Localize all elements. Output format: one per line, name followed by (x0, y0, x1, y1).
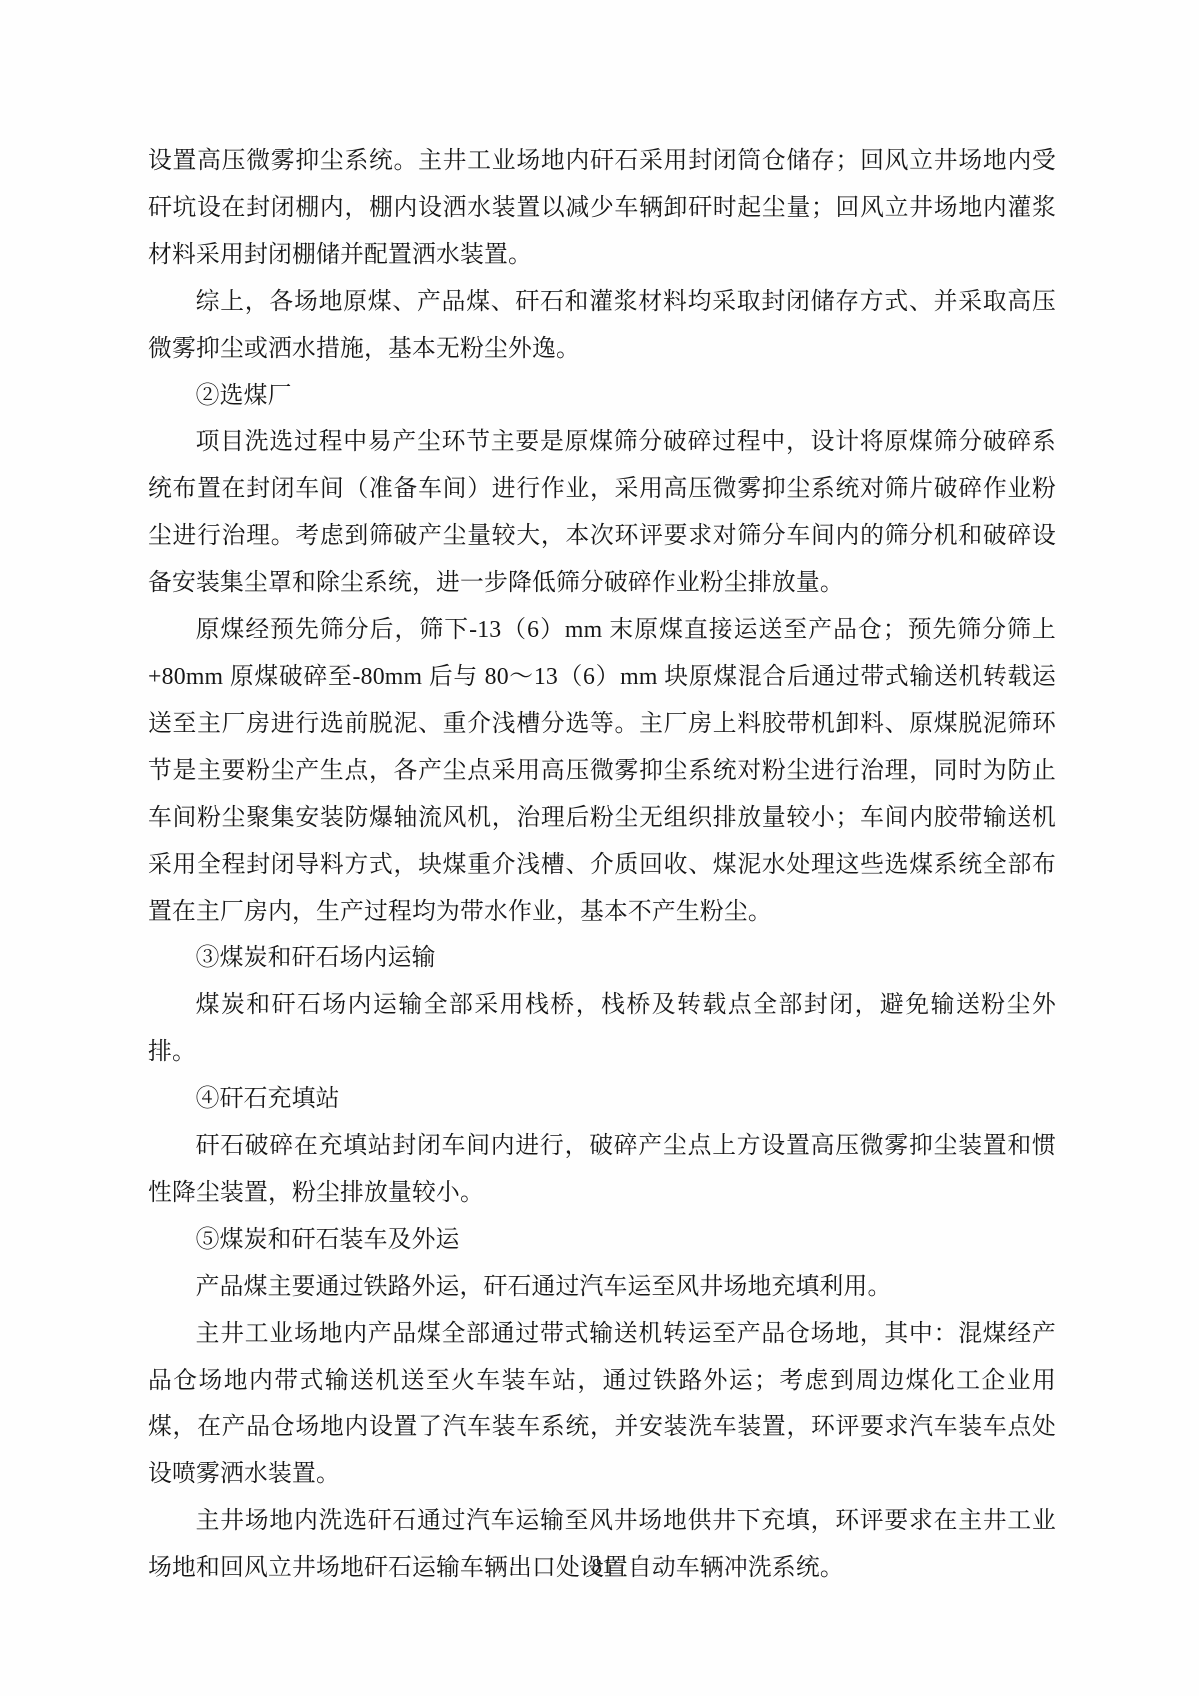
paragraph-8: ④矸石充填站 (148, 1076, 1056, 1123)
paragraph-10: ⑤煤炭和矸石装车及外运 (148, 1217, 1056, 1264)
paragraph-9: 矸石破碎在充填站封闭车间内进行，破碎产尘点上方设置高压微雾抑尘装置和惯性降尘装置… (148, 1123, 1056, 1217)
paragraph-1: 设置高压微雾抑尘系统。主井工业场地内矸石采用封闭筒仓储存；回风立井场地内受矸坑设… (148, 138, 1056, 279)
text-body: 设置高压微雾抑尘系统。主井工业场地内矸石采用封闭筒仓储存；回风立井场地内受矸坑设… (148, 138, 1056, 1592)
paragraph-5: 原煤经预先筛分后，筛下-13（6）mm 末原煤直接运送至产品仓；预先筛分筛上+8… (148, 607, 1056, 935)
paragraph-7: 煤炭和矸石场内运输全部采用栈桥，栈桥及转载点全部封闭，避免输送粉尘外排。 (148, 982, 1056, 1076)
paragraph-3: ②选煤厂 (148, 373, 1056, 420)
paragraph-12: 主井工业场地内产品煤全部通过带式输送机转运至产品仓场地，其中：混煤经产品仓场地内… (148, 1311, 1056, 1499)
page-number: 81 (148, 1552, 1056, 1580)
paragraph-4: 项目洗选过程中易产尘环节主要是原煤筛分破碎过程中，设计将原煤筛分破碎系统布置在封… (148, 419, 1056, 607)
paragraph-11: 产品煤主要通过铁路外运，矸石通过汽车运至风井场地充填利用。 (148, 1264, 1056, 1311)
paragraph-2: 综上，各场地原煤、产品煤、矸石和灌浆材料均采取封闭储存方式、并采取高压微雾抑尘或… (148, 279, 1056, 373)
paragraph-6: ③煤炭和矸石场内运输 (148, 935, 1056, 982)
document-page: 设置高压微雾抑尘系统。主井工业场地内矸石采用封闭筒仓储存；回风立井场地内受矸坑设… (0, 0, 1199, 1696)
